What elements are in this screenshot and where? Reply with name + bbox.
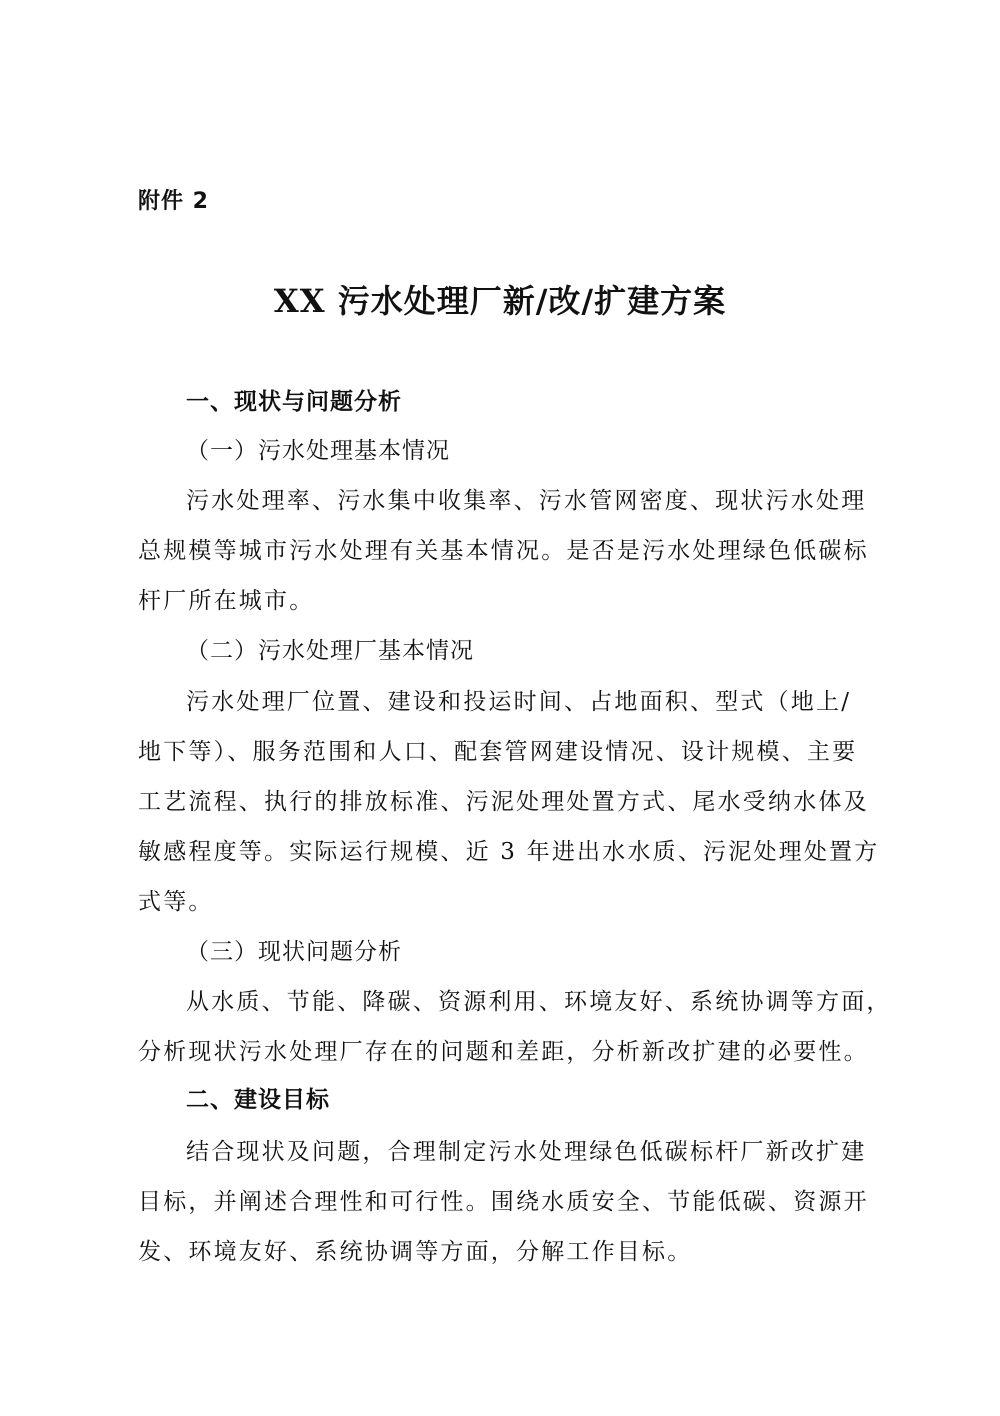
- document-title: XX 污水处理厂新/改/扩建方案: [0, 276, 1000, 322]
- section-heading-1: 一、现状与问题分析: [186, 383, 910, 416]
- document-page: 附件 2 XX 污水处理厂新/改/扩建方案 一、现状与问题分析 （一）污水处理基…: [0, 0, 1000, 1416]
- paragraph-line: 地下等）、服务范围和人口、配套管网建设情况、设计规模、主要: [138, 733, 862, 766]
- subsection-heading-1-1: （一）污水处理基本情况: [186, 432, 910, 465]
- paragraph-line: 结合现状及问题，合理制定污水处理绿色低碳标杆厂新改扩建: [186, 1133, 862, 1166]
- paragraph-line: 从水质、节能、降碳、资源利用、环境友好、系统协调等方面，: [186, 983, 862, 1016]
- paragraph-line: 发、环境友好、系统协调等方面，分解工作目标。: [138, 1233, 862, 1266]
- paragraph-line: 污水处理率、污水集中收集率、污水管网密度、现状污水处理: [186, 482, 862, 515]
- paragraph-line: 式等。: [138, 883, 862, 916]
- section-heading-2: 二、建设目标: [186, 1081, 910, 1114]
- attachment-label: 附件 2: [138, 184, 209, 215]
- subsection-heading-1-2: （二）污水处理厂基本情况: [186, 632, 910, 665]
- subsection-heading-1-3: （三）现状问题分析: [186, 933, 910, 966]
- paragraph-line: 敏感程度等。实际运行规模、近 3 年进出水水质、污泥处理处置方: [138, 833, 862, 866]
- paragraph-line: 分析现状污水处理厂存在的问题和差距，分析新改扩建的必要性。: [138, 1033, 862, 1066]
- paragraph-line: 工艺流程、执行的排放标准、污泥处理处置方式、尾水受纳水体及: [138, 783, 862, 816]
- paragraph-line: 杆厂所在城市。: [138, 582, 862, 615]
- paragraph-line: 污水处理厂位置、建设和投运时间、占地面积、型式（地上/: [186, 683, 862, 716]
- paragraph-line: 目标，并阐述合理性和可行性。围绕水质安全、节能低碳、资源开: [138, 1183, 862, 1216]
- paragraph-line: 总规模等城市污水处理有关基本情况。是否是污水处理绿色低碳标: [138, 532, 862, 565]
